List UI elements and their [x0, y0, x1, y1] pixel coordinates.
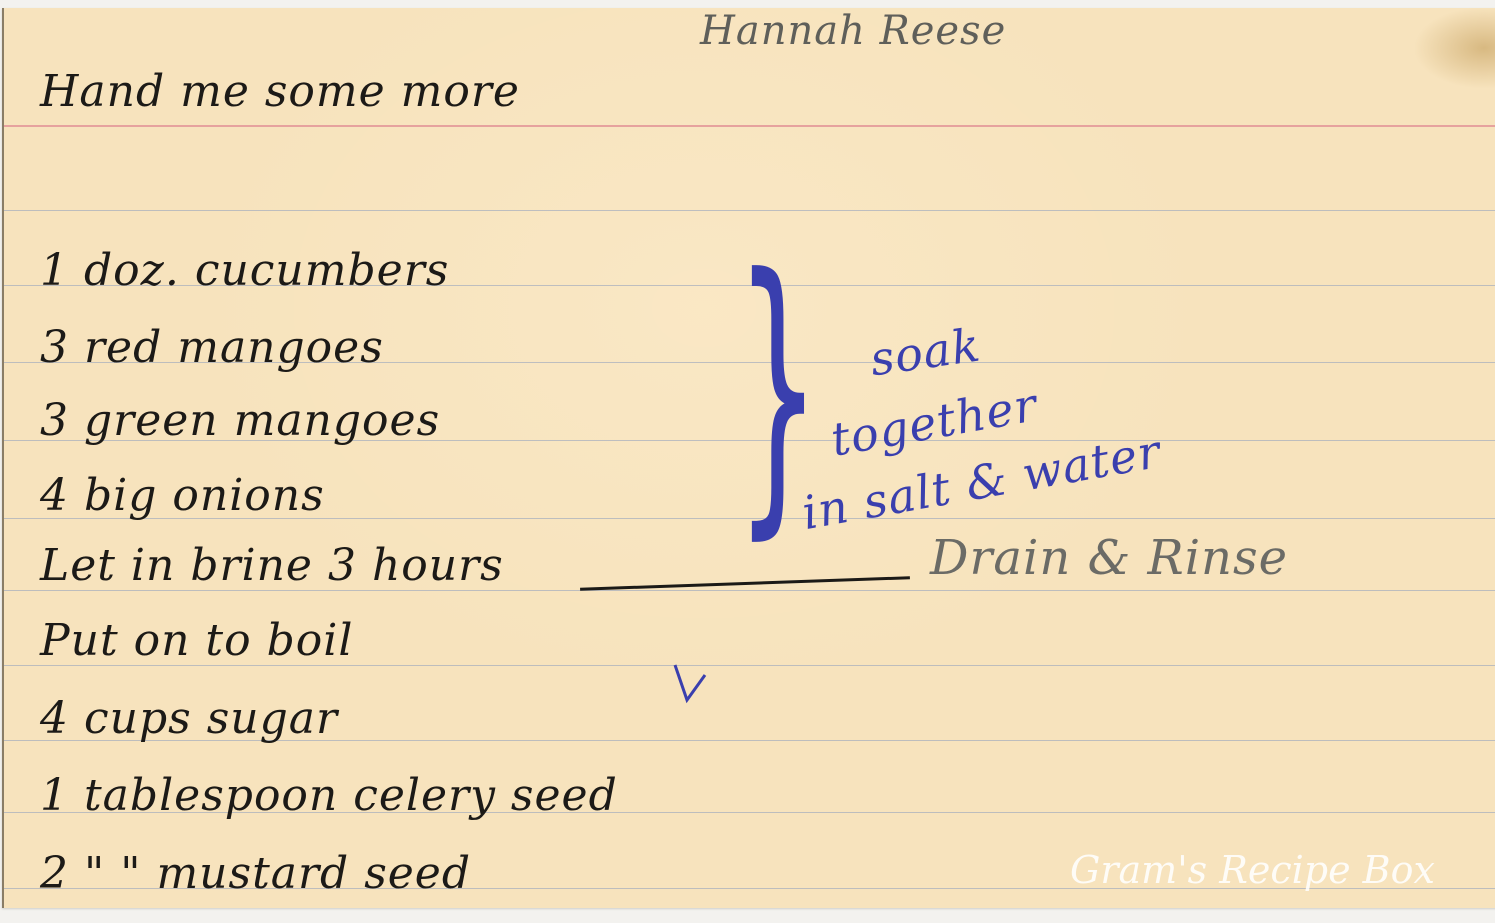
ingredient-line: 3 green mangoes [40, 395, 440, 446]
recipe-title: Hand me some more [40, 66, 520, 117]
ingredient-line: 3 red mangoes [40, 322, 384, 373]
pencil-note: Drain & Rinse [930, 530, 1288, 586]
ingredient-item: " " mustard seed [84, 848, 471, 899]
step-boil: Put on to boil [40, 615, 353, 666]
arrow-down-icon [665, 660, 710, 705]
ingredient-qty: 3 [40, 322, 69, 373]
ingredient-qty: 2 [40, 848, 69, 899]
header-rule [4, 125, 1495, 127]
watermark: Gram's Recipe Box [1070, 848, 1435, 892]
ingredient-qty: 1 doz. [40, 245, 180, 296]
ingredient-item: tablespoon celery seed [84, 770, 618, 821]
ingredient-qty: 4 [40, 693, 69, 744]
recipe-author: Hannah Reese [700, 8, 1006, 54]
ingredient-qty: 3 [40, 395, 69, 446]
ingredient-line: 2 " " mustard seed [40, 848, 471, 899]
ingredient-item: cucumbers [195, 245, 450, 296]
ingredient-item: green mangoes [84, 395, 440, 446]
ingredient-qty: 4 [40, 470, 69, 521]
ruled-line [4, 210, 1495, 211]
ingredient-line: 1 doz. cucumbers [40, 245, 449, 296]
ingredient-line: 1 tablespoon celery seed [40, 770, 618, 821]
ingredient-line: 4 cups sugar [40, 693, 338, 744]
ingredient-qty: 1 [40, 770, 69, 821]
ingredient-item: red mangoes [84, 322, 384, 373]
step-brine: Let in brine 3 hours [40, 540, 504, 591]
ingredient-item: cups sugar [84, 693, 338, 744]
ingredient-line: 4 big onions [40, 470, 325, 521]
ingredient-item: big onions [84, 470, 325, 521]
